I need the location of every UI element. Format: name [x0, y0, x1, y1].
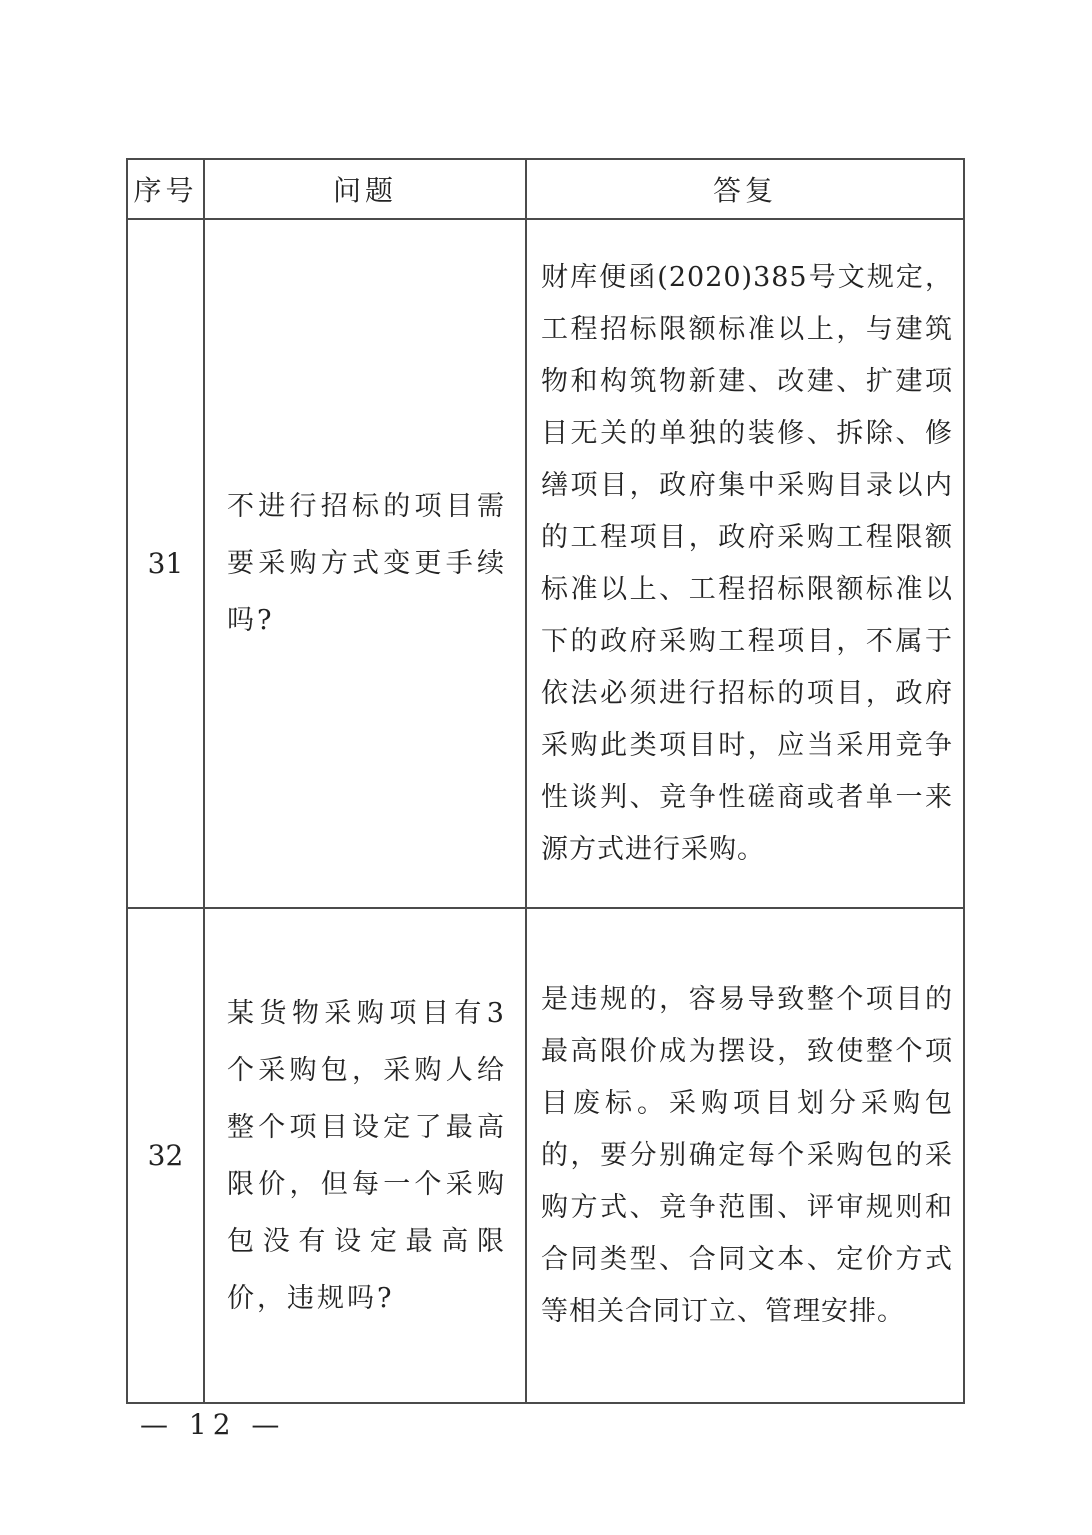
- page-number: — 12 —: [140, 1408, 285, 1441]
- table-row: 32 某货物采购项目有3个采购包，采购人给整个项目设定了最高限价，但每一个采购包…: [127, 908, 964, 1403]
- row-number: 32: [127, 908, 204, 1403]
- header-cell-no: 序号: [127, 159, 204, 219]
- question-text: 某货物采购项目有3个采购包，采购人给整个项目设定了最高限价，但每一个采购包没有设…: [205, 985, 525, 1327]
- question-text: 不进行招标的项目需要采购方式变更手续吗?: [205, 478, 525, 649]
- answer-cell: 财库便函(2020)385号文规定，工程招标限额标准以上，与建筑物和构筑物新建、…: [526, 219, 964, 908]
- answer-text: 财库便函(2020)385号文规定，工程招标限额标准以上，与建筑物和构筑物新建、…: [527, 252, 963, 876]
- row-number: 31: [127, 219, 204, 908]
- answer-cell: 是违规的，容易导致整个项目的最高限价成为摆设，致使整个项目废标。采购项目划分采购…: [526, 908, 964, 1403]
- answer-text: 是违规的，容易导致整个项目的最高限价成为摆设，致使整个项目废标。采购项目划分采购…: [527, 974, 963, 1338]
- table-row: 31 不进行招标的项目需要采购方式变更手续吗? 财库便函(2020)385号文规…: [127, 219, 964, 908]
- question-cell: 不进行招标的项目需要采购方式变更手续吗?: [204, 219, 526, 908]
- header-cell-question: 问题: [204, 159, 526, 219]
- table-header-row: 序号 问题 答复: [127, 159, 964, 219]
- document-page: 序号 问题 答复 31 不进行招标的项目需要采购方式变更手续吗? 财库便函(20…: [0, 0, 1092, 1535]
- header-cell-answer: 答复: [526, 159, 964, 219]
- question-cell: 某货物采购项目有3个采购包，采购人给整个项目设定了最高限价，但每一个采购包没有设…: [204, 908, 526, 1403]
- qa-table: 序号 问题 答复 31 不进行招标的项目需要采购方式变更手续吗? 财库便函(20…: [126, 158, 965, 1404]
